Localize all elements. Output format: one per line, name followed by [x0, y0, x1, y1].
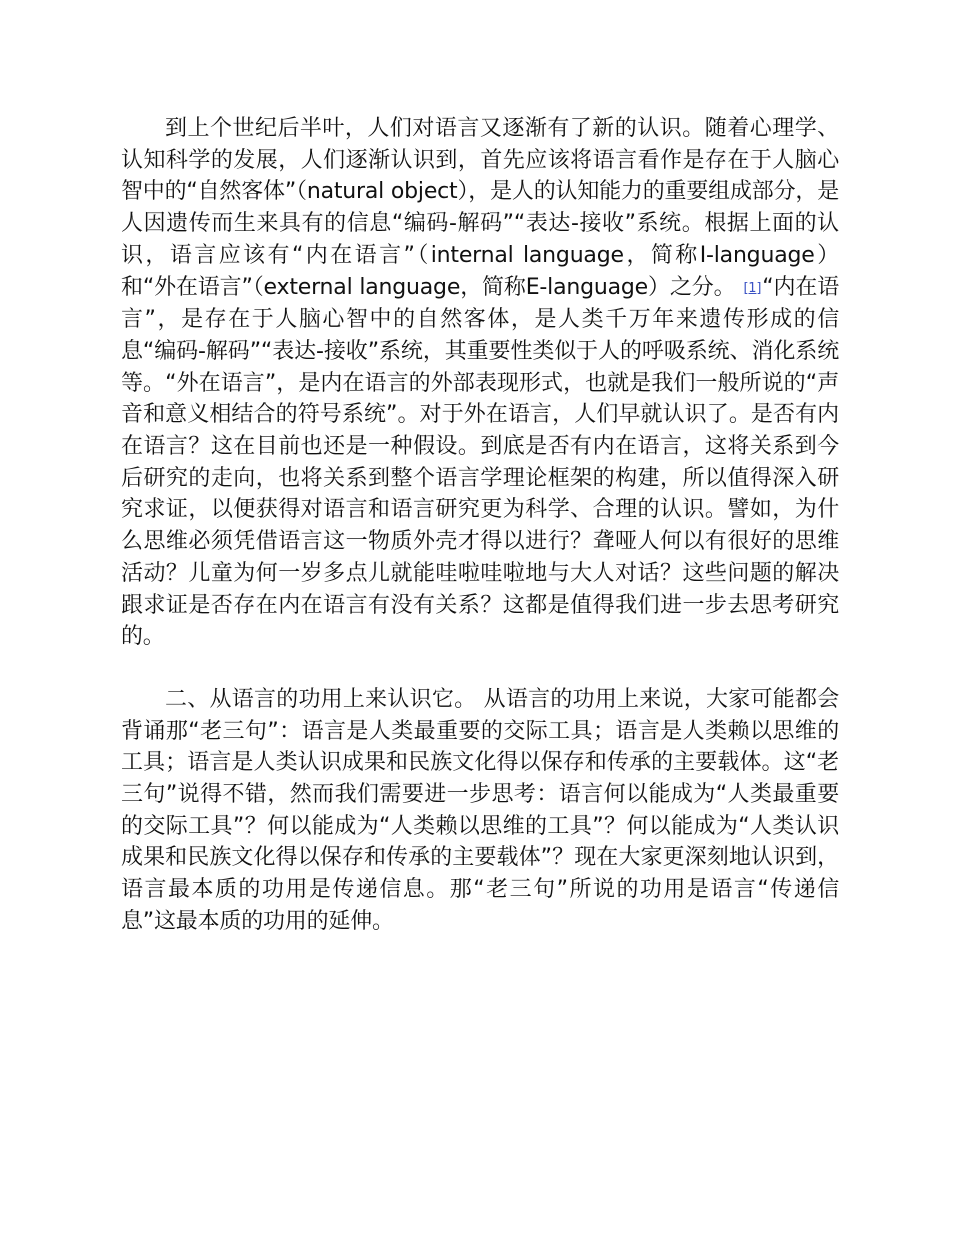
paragraph-text-before-footnote: 到上个世纪后半叶，人们对语言又逐渐有了新的认识。随着心理学、认知科学的发展，人们…	[121, 116, 839, 300]
document-page: 到上个世纪后半叶，人们对语言又逐渐有了新的认识。随着心理学、认知科学的发展，人们…	[121, 113, 839, 938]
paragraph-text: 二、从语言的功用上来认识它。 从语言的功用上来说，大家可能都会背诵那“老三句”：…	[121, 687, 839, 934]
paragraph-text-after-footnote: “内在语言”，是存在于人脑心智中的自然客体，是人类千万年来遗传形成的信息“编码-…	[121, 275, 839, 650]
paragraph-internal-language: 到上个世纪后半叶，人们对语言又逐渐有了新的认识。随着心理学、认知科学的发展，人们…	[121, 113, 839, 653]
footnote-link[interactable]: [1]	[743, 281, 761, 296]
paragraph-language-function: 二、从语言的功用上来认识它。 从语言的功用上来说，大家可能都会背诵那“老三句”：…	[121, 684, 839, 938]
